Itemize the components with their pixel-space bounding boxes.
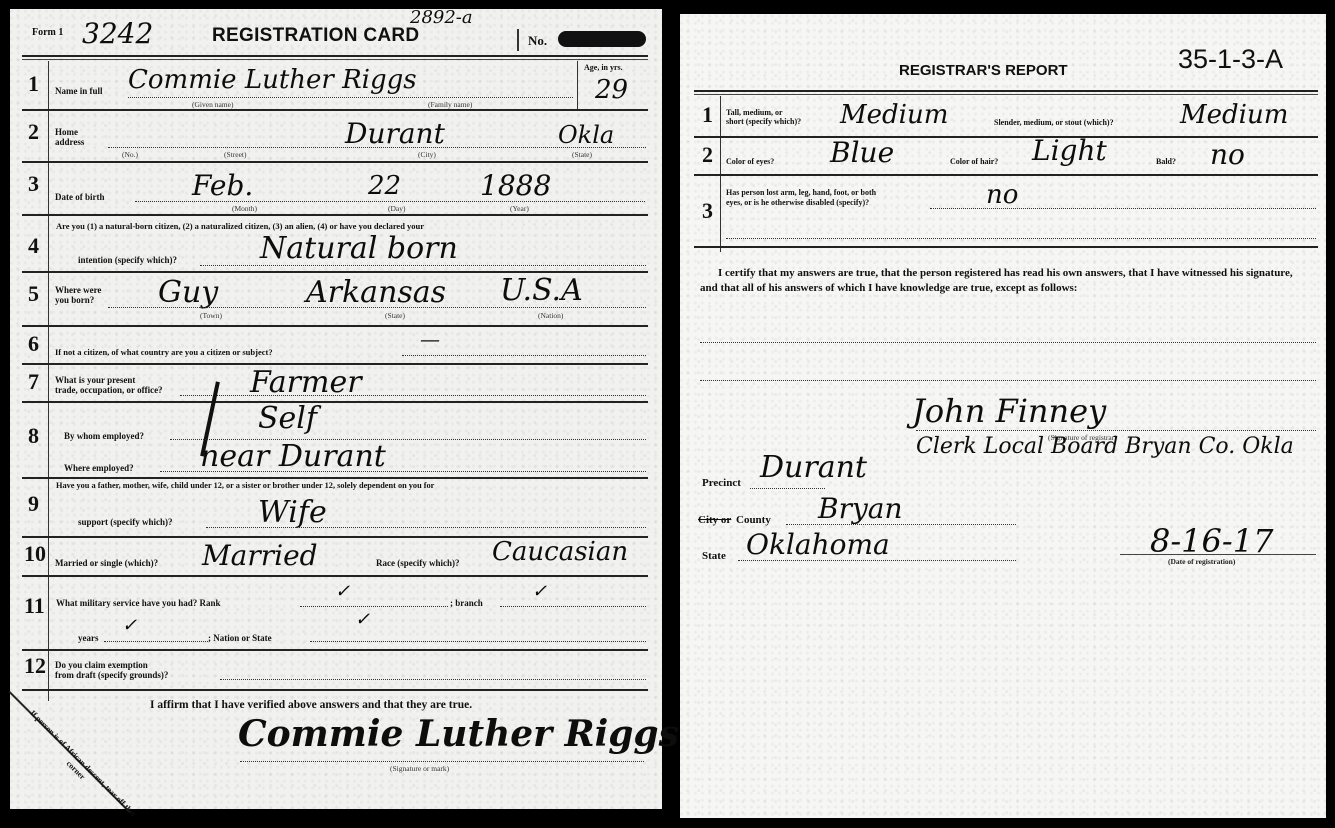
rule — [310, 641, 646, 642]
no-label: No. — [528, 33, 547, 49]
rule — [738, 560, 1016, 561]
occupation-label: trade, occupation, or office? — [55, 385, 163, 395]
county-value: Bryan — [818, 492, 903, 525]
except-line-1 — [700, 342, 1316, 343]
rule — [22, 55, 648, 57]
rule — [750, 488, 825, 489]
registrant-signature: Commie Luther Riggs — [238, 713, 679, 755]
report-title: REGISTRAR'S REPORT — [899, 62, 1068, 79]
employer-label: By whom employed? — [64, 431, 144, 441]
rule — [180, 395, 646, 396]
form-number: 3242 — [82, 17, 153, 50]
hair-color-value: Light — [1032, 134, 1107, 167]
name-value: Commie Luther Riggs — [128, 65, 417, 95]
build-label: Slender, medium, or stout (which)? — [994, 118, 1114, 128]
citizenship-question: intention (specify which)? — [78, 255, 177, 265]
height-label: short (specify which)? — [726, 117, 801, 127]
rule — [22, 575, 648, 577]
name-label: Name in full — [55, 86, 103, 96]
rule — [300, 606, 448, 607]
build-value: Medium — [1180, 100, 1288, 130]
field-number: 1 — [28, 71, 39, 97]
field-number: 1 — [702, 102, 713, 128]
precinct-value: Durant — [760, 450, 867, 485]
rule — [22, 59, 648, 60]
address-label: Home — [55, 127, 78, 137]
dependents-question: Have you a father, mother, wife, child u… — [56, 481, 434, 491]
military-rank-value: ✓ — [335, 581, 350, 602]
eye-color-value: Blue — [830, 136, 894, 169]
affirmation-text: I affirm that I have verified above answ… — [150, 699, 472, 711]
rule — [786, 524, 1016, 525]
sub-label: (Given name) — [192, 100, 233, 109]
employment-place-label: Where employed? — [64, 463, 134, 473]
card-title: REGISTRATION CARD — [212, 25, 419, 47]
field-number: 12 — [24, 653, 46, 679]
field-number: 6 — [28, 331, 39, 357]
field-number: 3 — [28, 171, 39, 197]
disability-value: no — [986, 180, 1018, 210]
bald-label: Bald? — [1156, 157, 1176, 167]
military-branch-label: ; branch — [450, 598, 483, 608]
rule — [694, 174, 1318, 176]
citizen-country-question: If not a citizen, of what country are yo… — [55, 347, 273, 357]
number-column-divider — [48, 61, 49, 701]
rule — [22, 689, 648, 691]
rule — [22, 109, 648, 111]
sub-label: (Day) — [388, 204, 406, 213]
corner-note: If person is of African descent, tear of… — [19, 707, 139, 827]
rule — [200, 265, 646, 266]
county-label: County — [736, 514, 771, 526]
field-number: 2 — [28, 119, 39, 145]
field-number: 10 — [24, 541, 46, 567]
rule — [128, 97, 573, 98]
address-label: address — [55, 137, 84, 147]
birthplace-town: Guy — [158, 275, 218, 310]
military-nation-label: ; Nation or State — [208, 633, 272, 643]
dob-label: Date of birth — [55, 192, 105, 202]
rule — [402, 355, 646, 356]
sub-label: (No.) — [122, 150, 138, 159]
rule — [694, 94, 1318, 95]
rule — [22, 401, 648, 403]
military-nation-value: ✓ — [355, 609, 370, 630]
certification-text: I certify that my answers are true, that… — [700, 266, 1312, 296]
rule — [726, 238, 1316, 239]
marital-label: Married or single (which)? — [55, 558, 158, 568]
employer-value: Self — [258, 401, 317, 436]
sub-label: (Nation) — [538, 311, 563, 320]
sub-label: (Town) — [200, 311, 222, 320]
address-state: Okla — [558, 121, 614, 149]
sub-label: (City) — [418, 150, 436, 159]
dob-year: 1888 — [480, 169, 551, 202]
birthplace-label: you born? — [55, 295, 94, 305]
rule — [694, 90, 1318, 92]
birthplace-nation: U.S.A — [500, 273, 583, 308]
rule — [220, 679, 646, 680]
military-years-label: years — [78, 633, 99, 643]
top-annotation: 2892-a — [410, 7, 473, 28]
field-number: 5 — [28, 281, 39, 307]
rule — [916, 430, 1316, 431]
exemption-label: Do you claim exemption — [55, 660, 148, 670]
military-branch-value: ✓ — [532, 581, 547, 602]
military-years-value: ✓ — [122, 615, 137, 636]
field-number: 2 — [702, 142, 713, 168]
redacted-number — [558, 31, 646, 47]
height-value: Medium — [840, 100, 948, 130]
disability-question: Has person lost arm, leg, hand, foot, or… — [726, 188, 876, 198]
address-city: Durant — [345, 117, 445, 150]
rule — [22, 214, 648, 216]
rule — [22, 161, 648, 163]
rule — [500, 606, 646, 607]
registrar-title: Clerk Local Board Bryan Co. Okla — [916, 434, 1294, 459]
state-label: State — [702, 550, 726, 562]
sub-label: (Year) — [510, 204, 529, 213]
rule — [160, 471, 646, 472]
divider — [577, 61, 578, 109]
signature-label: (Signature or mark) — [390, 764, 449, 773]
age-label: Age, in yrs. — [584, 63, 623, 72]
bald-value: no — [1210, 138, 1245, 171]
field-number: 11 — [24, 593, 45, 619]
sub-label: (Street) — [224, 150, 247, 159]
occupation-label: What is your present — [55, 375, 135, 385]
sub-label: (Month) — [232, 204, 257, 213]
birthplace-label: Where were — [55, 285, 101, 295]
precinct-label: Precinct — [702, 477, 741, 489]
registrars-report-card: REGISTRAR'S REPORT 35-1-3-A 1 Tall, medi… — [680, 14, 1326, 818]
race-value: Caucasian — [492, 537, 628, 567]
registration-card: Form 1 3242 REGISTRATION CARD 2892-a No.… — [10, 9, 662, 809]
city-label-struck: City or — [698, 514, 731, 526]
military-rank-label: What military service have you had? Rank — [56, 598, 221, 608]
field-number: 3 — [702, 198, 713, 224]
field-number: 9 — [28, 491, 39, 517]
sub-label: (Family name) — [428, 100, 472, 109]
race-label: Race (specify which)? — [376, 558, 459, 568]
registrar-signature: John Finney — [912, 392, 1106, 430]
field-number: 8 — [28, 423, 39, 449]
dob-day: 22 — [368, 171, 401, 201]
citizenship-question: Are you (1) a natural-born citizen, (2) … — [56, 221, 424, 231]
birthplace-state: Arkansas — [306, 275, 446, 310]
state-value: Oklahoma — [746, 528, 890, 561]
rule — [108, 307, 646, 308]
rule — [240, 761, 644, 762]
stamp-code: 35-1-3-A — [1178, 44, 1283, 75]
disability-question: eyes, or is he otherwise disabled (speci… — [726, 198, 869, 208]
citizen-country-value: — — [420, 327, 440, 351]
marital-value: Married — [202, 539, 318, 572]
rule — [694, 246, 1318, 248]
divider — [517, 29, 519, 51]
citizenship-value: Natural born — [260, 231, 458, 266]
rule — [22, 325, 648, 327]
dependents-question: support (specify which)? — [78, 517, 173, 527]
field-number: 4 — [28, 233, 39, 259]
hair-color-label: Color of hair? — [950, 157, 998, 167]
sub-label: (State) — [572, 150, 592, 159]
registration-date-label: (Date of registration) — [1168, 557, 1235, 566]
except-line-2 — [700, 380, 1316, 381]
rule — [22, 477, 648, 479]
age-value: 29 — [595, 75, 628, 105]
employment-place-value: near Durant — [200, 439, 386, 474]
rule — [206, 527, 646, 528]
rule — [135, 201, 645, 202]
form-label: Form 1 — [32, 27, 63, 38]
sub-label: (State) — [385, 311, 405, 320]
field-number: 7 — [28, 369, 39, 395]
rule — [930, 208, 1316, 209]
rule — [108, 147, 646, 148]
rule — [22, 649, 648, 651]
rule — [104, 641, 208, 642]
eye-color-label: Color of eyes? — [726, 157, 774, 167]
dependents-value: Wife — [258, 495, 327, 530]
exemption-label: from draft (specify grounds)? — [55, 670, 168, 680]
dob-month: Feb. — [192, 169, 253, 202]
rule — [1120, 554, 1316, 555]
